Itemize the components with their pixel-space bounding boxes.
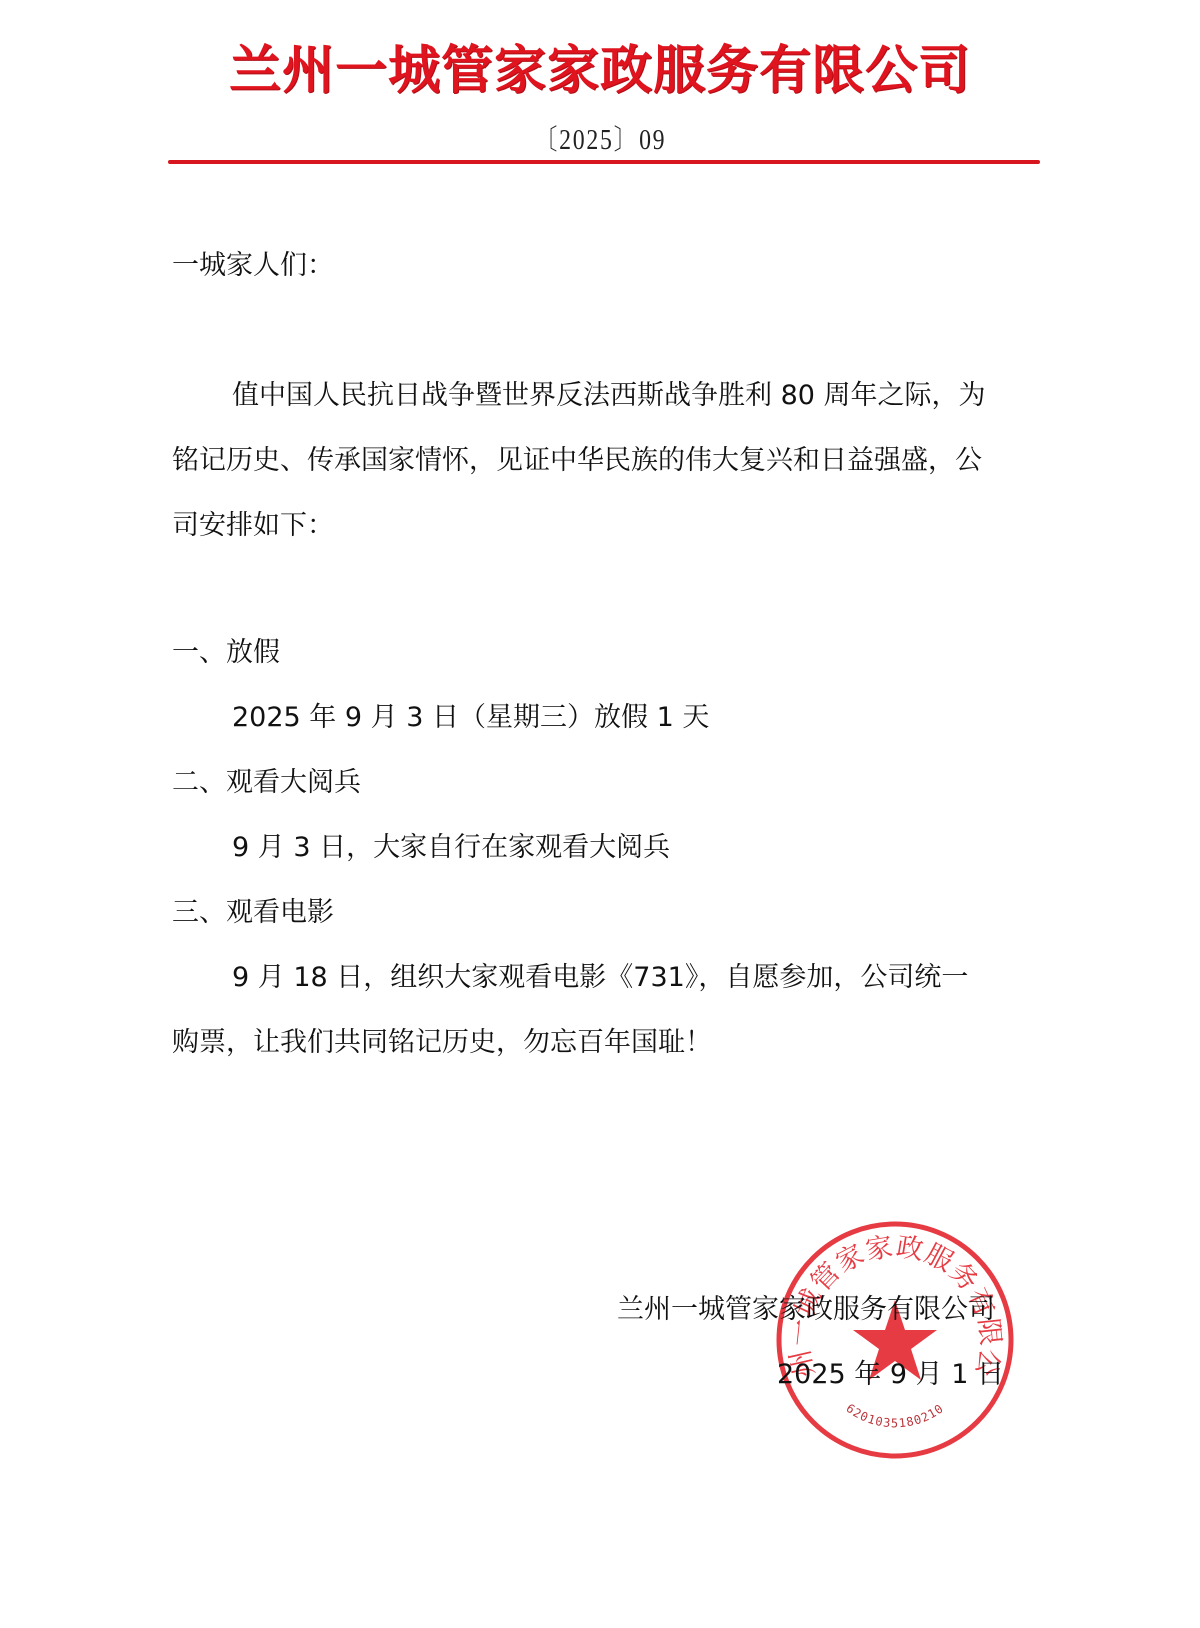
signature-date: 2025 年 9 月 1 日	[777, 1352, 1004, 1391]
company-seal-stamp: 兰州一城管家家政服务有限公司 6201035180210	[773, 1218, 1017, 1462]
intro-line-3: 司安排如下：	[172, 512, 334, 539]
company-letterhead-title: 兰州一城管家家政服务有限公司	[0, 28, 1200, 103]
section-text-parade: 9 月 3 日，大家自行在家观看大阅兵	[232, 834, 670, 861]
letterhead-divider	[168, 160, 1040, 164]
document-number: 〔2025〕09	[90, 118, 1110, 158]
stamp-code: 6201035180210	[844, 1401, 947, 1430]
section-heading-parade: 二、观看大阅兵	[172, 769, 361, 796]
section-heading-movie: 三、观看电影	[172, 899, 334, 926]
section-text-movie-2: 购票，让我们共同铭记历史，勿忘百年国耻！	[172, 1029, 712, 1056]
signature-company: 兰州一城管家家政服务有限公司	[617, 1287, 995, 1326]
section-text-movie-1: 9 月 18 日，组织大家观看电影《731》，自愿参加，公司统一	[232, 964, 968, 991]
svg-text:6201035180210: 6201035180210	[844, 1401, 947, 1430]
section-text-holiday: 2025 年 9 月 3 日（星期三）放假 1 天	[232, 704, 709, 731]
greeting: 一城家人们：	[172, 252, 334, 279]
intro-line-1: 值中国人民抗日战争暨世界反法西斯战争胜利 80 周年之际，为	[232, 382, 986, 409]
intro-line-2: 铭记历史、传承国家情怀，见证中华民族的伟大复兴和日益强盛，公	[172, 447, 982, 474]
section-heading-holiday: 一、放假	[172, 639, 280, 666]
